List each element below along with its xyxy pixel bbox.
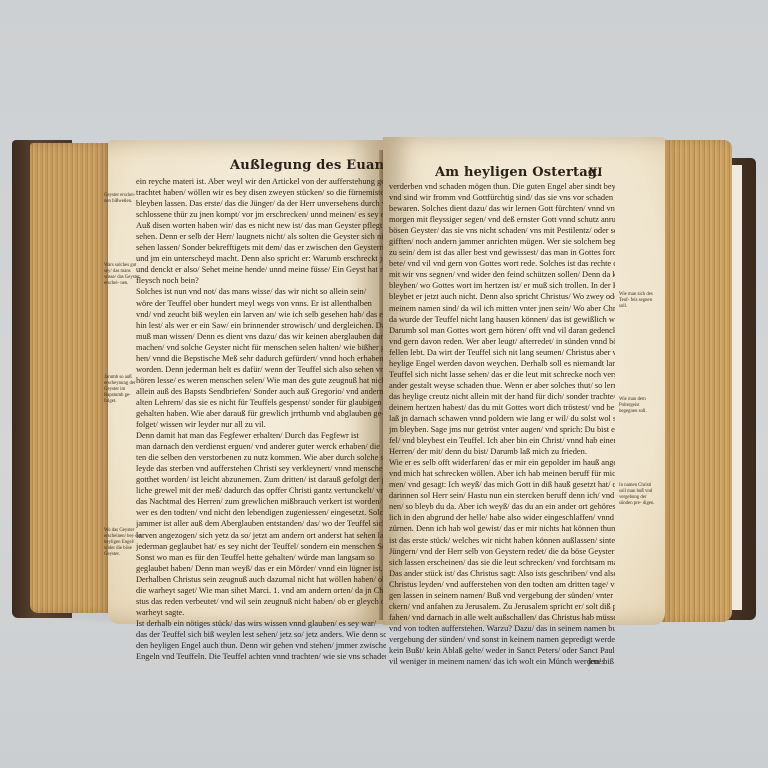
text-line: Wie er es selb offt widerfaren/ das er m… bbox=[389, 457, 615, 468]
text-line: bete/ vnd vil vnd gern von Gottes wort r… bbox=[389, 258, 615, 269]
text-line: larven angezogen/ sich yetz da so/ jetzt… bbox=[136, 530, 386, 541]
text-line: worden. Denn jederman helt es dafür/ wen… bbox=[136, 364, 386, 375]
text-line: wer es den todten/ vnd nicht den lebendi… bbox=[136, 507, 386, 518]
text-line: vergebung der sünden/ vnd sonst in keine… bbox=[389, 634, 615, 645]
text-line: hin lest/ als wer er ein Saw/ ein brinne… bbox=[136, 320, 386, 331]
text-line: jammer ist aller auß dem Aberglauben ent… bbox=[136, 518, 386, 529]
text-line: das Nachtmal des Herren/ zum grewlichen … bbox=[136, 496, 386, 507]
text-line: ckern/ vnd anfahen zu Jerusalem. Zu Jeru… bbox=[389, 601, 615, 612]
text-line: da wurde der Teuffel nicht lang hausen k… bbox=[389, 314, 615, 325]
text-line: wöre der Teuffel ober hundert meyl wegs … bbox=[136, 298, 386, 309]
text-line: den heyligen Engel auch thun. Denn wir g… bbox=[136, 640, 386, 651]
text-line: man darnach den verdienst erguen/ vnd an… bbox=[136, 441, 386, 452]
text-line: bleyben lassen. Das erste/ das die Jünge… bbox=[136, 198, 386, 209]
left-page-edges bbox=[30, 143, 110, 613]
right-page-edges bbox=[662, 140, 732, 622]
text-line: sehen lassen/ Sonder bekrefftigets mit d… bbox=[136, 242, 386, 253]
text-line: morgen mit fleyssiger segen/ vnd deß ern… bbox=[389, 214, 615, 225]
text-line: bleyben/ wo Gottes wort im hertzen ist/ … bbox=[389, 280, 615, 291]
text-line: sich lassen erscheinen/ das sie die leut… bbox=[389, 557, 615, 568]
text-line: gen lassen in seinem namen/ Buß vnd verg… bbox=[389, 590, 615, 601]
text-line: Auß disen worten haben wir/ das es nicht… bbox=[136, 220, 386, 231]
text-line: vnd mich hat schrecken wöllen. Aber ich … bbox=[389, 468, 615, 479]
text-line: leyde das sterben vnd aufferstehen Chris… bbox=[136, 463, 386, 474]
text-line: Denn damit hat man das Fegfewer erhalten… bbox=[136, 430, 386, 441]
text-line: vnd von todten aufferstehen. Warzu? Dazu… bbox=[389, 623, 615, 634]
text-line: Teuffel sich nicht lasse sehen/ das er d… bbox=[389, 369, 615, 380]
text-line: gifften/ noch andern jammer anrichten mü… bbox=[389, 236, 615, 247]
text-line: warheyt sagte. bbox=[136, 607, 386, 618]
margin-note: Wie man sich des Teuf- fels segnen soll. bbox=[619, 292, 657, 310]
text-line: nen/ so bleyb du da. Aber ich weyß/ das … bbox=[389, 501, 615, 512]
text-line: und denckt er also/ Sehet meine hende/ u… bbox=[136, 264, 386, 275]
text-line: lich in den abgrund der helle/ habe also… bbox=[389, 512, 615, 523]
text-line: das heylige creutz nicht allein mit der … bbox=[389, 391, 615, 402]
text-line: vnd sind wir fromm vnd Gottfürchtig sind… bbox=[389, 192, 615, 203]
text-line: allein auß des Bapsts Sendbriefen/ Sonde… bbox=[136, 386, 386, 397]
text-line: bewaren. Solches dient dazu/ das wir ler… bbox=[389, 203, 615, 214]
text-line: vnd/ vnd zeucht biß weylen ein larven an… bbox=[136, 309, 386, 320]
text-line: laß jn darnach schawen vnnd poldern wie … bbox=[389, 413, 615, 424]
margin-note: Jarumb so auß erscheynung der Geyster im… bbox=[104, 375, 142, 405]
text-line: geglaubet haben/ Denn man weyß/ das er e… bbox=[136, 563, 386, 574]
text-line: machen/ vnd solche Geyster nicht für men… bbox=[136, 342, 386, 353]
text-line: Engeln vnd Teuffeln. Die Teuffel achten … bbox=[136, 651, 386, 662]
text-line: vil weniger in meinem namen/ das ich wol… bbox=[389, 656, 615, 667]
margin-note: Wie man dem Poltergeist begegnen soll. bbox=[619, 397, 657, 415]
text-line: verderben vnd schaden mögen thun. Die gu… bbox=[389, 181, 615, 192]
right-running-head: Am heyligen Ostertag. bbox=[435, 165, 602, 180]
text-line: muß man wissen/ Denn es dient vns dazu/ … bbox=[136, 331, 386, 342]
text-line: heylige Engel werden davon weychen. Derh… bbox=[389, 358, 615, 369]
text-line: liche grewel mit der meß/ dadurch das op… bbox=[136, 485, 386, 496]
text-line: Christus leyden/ vnd aufferstehen von de… bbox=[389, 579, 615, 590]
margin-note: Wars solches gut sey/ das mans wisse/ da… bbox=[104, 263, 142, 287]
text-line: sehen. Denn er selb der Herr/ laugnets n… bbox=[136, 231, 386, 242]
text-line: Darumb sol man Gottes wort gern hören/ o… bbox=[389, 325, 615, 336]
text-line: zürnen. Denn ich hab wol gewist/ das er … bbox=[389, 523, 615, 534]
text-line: gehalten haben. Wie aber darauß für grew… bbox=[136, 408, 386, 419]
text-line: gotthet worden/ ist leicht abzunemen. Zu… bbox=[136, 474, 386, 485]
text-line: deinem hertzen habest/ das du mit Gottes… bbox=[389, 402, 615, 413]
text-line: meinem namen sind/ da wil ich mitten vnt… bbox=[389, 303, 615, 314]
text-line: hen/ vnnd die Bepstische Meß sehr dadurc… bbox=[136, 353, 386, 364]
text-line: trachtet haben/ wöllen wir es bey disen … bbox=[136, 187, 386, 198]
margin-note: Geyster erschei- nen bißweilen. bbox=[104, 193, 142, 205]
text-line: bösen Geyster/ das sie vns nicht schaden… bbox=[389, 225, 615, 236]
text-line: bleybet er jetzt auch nicht. Denn also s… bbox=[389, 291, 615, 302]
text-line: Jüngern/ vnd der Herr selb von Geystern … bbox=[389, 546, 615, 557]
text-line: fahen/ vnd darnach in alle welt außschal… bbox=[389, 612, 615, 623]
text-line: ein reyche materi ist. Aber weyl wir den… bbox=[136, 176, 386, 187]
text-line: ten die selben den verstorbenen zu nutz … bbox=[136, 452, 386, 463]
text-line: Ist derhalb ein nötiges stück/ das wirs … bbox=[136, 618, 386, 629]
text-line: Solches ist nun vnd not/ das mans wisse/… bbox=[136, 286, 386, 297]
text-line: Herren/ der mit/ denn du bist/ Darumb la… bbox=[389, 446, 615, 457]
text-line: jm bleyben. Sage jms nur getröst vnter a… bbox=[389, 424, 615, 435]
text-line: fleysch noch bein? bbox=[136, 275, 386, 286]
margin-note: Wo das Geyster erscheinen/ bey der heyli… bbox=[104, 528, 142, 558]
text-line: jederman geglaubet hat/ es sey nicht der… bbox=[136, 541, 386, 552]
text-line: folget/ wissen wir leyder nur all zu vil… bbox=[136, 419, 386, 430]
text-line: ander gestalt weyse schaden thue. Wenn e… bbox=[389, 380, 615, 391]
text-line: stus das reden verbeutet/ vnd wil sein z… bbox=[136, 596, 386, 607]
text-line: die warheyt saget/ Wie man sihet Marci. … bbox=[136, 585, 386, 596]
text-line: das der Teuffel sich biß weylen lest seh… bbox=[136, 629, 386, 640]
text-line: mit wir vns segnen/ vnd wider den feind … bbox=[389, 269, 615, 280]
text-line: Sonst wo man es für den Teuffel hette ge… bbox=[136, 552, 386, 563]
text-line: fellen lebt. Da wirt der Teuffel sich ni… bbox=[389, 347, 615, 358]
text-line: vnd gern davon reden. Wer aber leugt/ af… bbox=[389, 336, 615, 347]
text-line: men/ vnd gesagt: Ich weyß/ das mich Gott… bbox=[389, 479, 615, 490]
right-page: Am heyligen Ostertag. XI verderben vnd s… bbox=[383, 137, 665, 625]
text-line: fel/ vnd bleybest ein Teuffel. Ich aber … bbox=[389, 435, 615, 446]
text-line: zu sein/ dem ist das aller best vnd gewi… bbox=[389, 247, 615, 258]
text-line: alten Lehrern/ das sie es nicht für Teuf… bbox=[136, 397, 386, 408]
text-line: ist das erste stück/ welches wir nicht h… bbox=[389, 535, 615, 546]
catchword: jenes bbox=[588, 657, 604, 666]
folio-number: XI bbox=[588, 164, 602, 180]
text-line: kein Bußt/ kein Ablaß gelte/ weder in Sa… bbox=[389, 645, 615, 656]
text-line: und jm ein unterscheyd macht. Denn also … bbox=[136, 253, 386, 264]
text-line: Derhalben Christus sein zeugnuß auch daz… bbox=[136, 574, 386, 585]
text-line: darinnen sol Herr sein/ Hastu nun ein st… bbox=[389, 490, 615, 501]
left-page: Außlegung des Euangelij ein reyche mater… bbox=[108, 140, 383, 624]
right-page-body: verderben vnd schaden mögen thun. Die gu… bbox=[389, 181, 615, 667]
margin-note: In namen Christi soll man buß vnd vergeb… bbox=[619, 483, 657, 507]
text-line: schlossene thür zu jnen kompt/ vor jm er… bbox=[136, 209, 386, 220]
text-line: Das ander stück ist/ das Christus sagt: … bbox=[389, 568, 615, 579]
text-line: hören lesse/ es weren menschen selen/ Wi… bbox=[136, 375, 386, 386]
left-page-body: ein reyche materi ist. Aber weyl wir den… bbox=[136, 176, 386, 662]
